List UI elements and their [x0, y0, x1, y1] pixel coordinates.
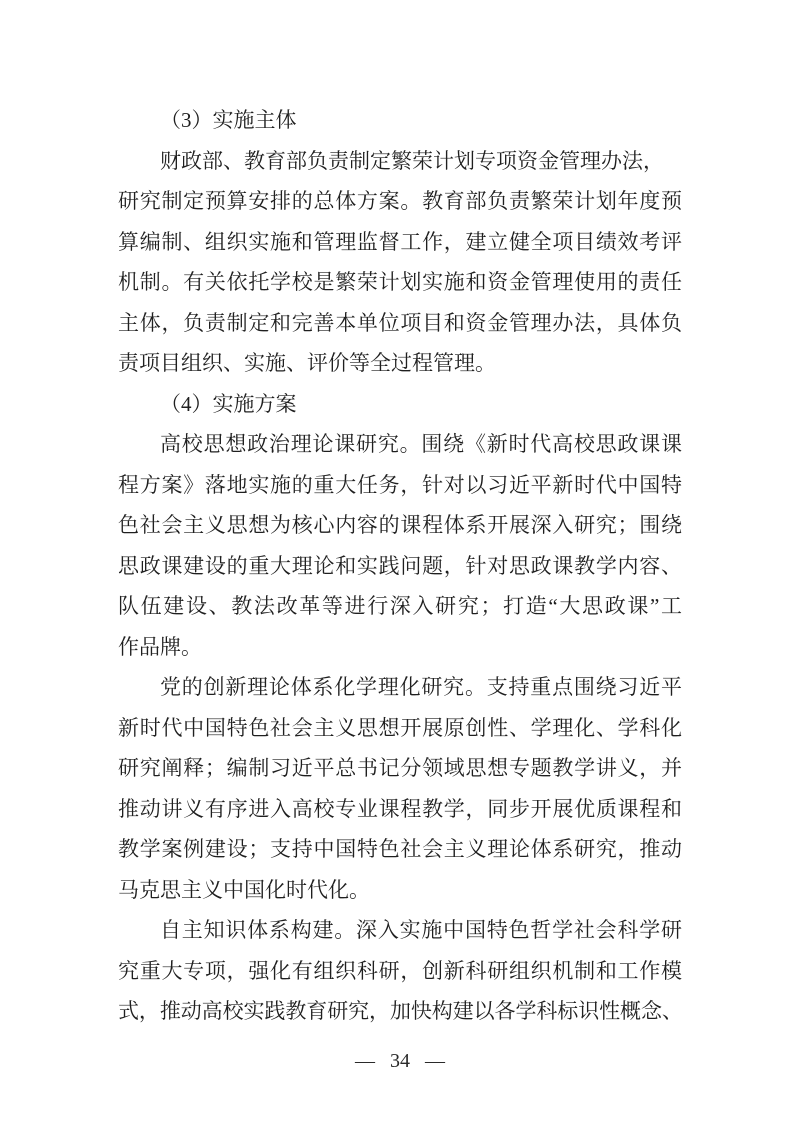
text-line: 式，推动高校实践教育研究，加快构建以各学科标识性概念、 [118, 991, 682, 1032]
text-line: 财政部、教育部负责制定繁荣计划专项资金管理办法， [118, 141, 682, 182]
text-line: 机制。有关依托学校是繁荣计划实施和资金管理使用的责任 [118, 262, 682, 303]
text-line: 思政课建设的重大理论和实践问题，针对思政课教学内容、 [118, 546, 682, 587]
text-line: 队伍建设、教法改革等进行深入研究；打造“大思政课”工 [118, 586, 682, 627]
text-line: 教学案例建设；支持中国特色社会主义理论体系研究，推动 [118, 829, 682, 870]
text-line: 党的创新理论体系化学理化研究。支持重点围绕习近平 [118, 667, 682, 708]
text-line: 研究制定预算安排的总体方案。教育部负责繁荣计划年度预 [118, 181, 682, 222]
section-heading-3: （3）实施主体 [118, 100, 682, 141]
page-number: — 34 — [118, 1048, 682, 1074]
text-line: 算编制、组织实施和管理监督工作，建立健全项目绩效考评 [118, 222, 682, 263]
text-line: 自主知识体系构建。深入实施中国特色哲学社会科学研 [118, 910, 682, 951]
text-line: 研究阐释；编制习近平总书记分领域思想专题教学讲义，并 [118, 748, 682, 789]
text-line: 推动讲义有序进入高校专业课程教学，同步开展优质课程和 [118, 789, 682, 830]
text-line: 究重大专项，强化有组织科研，创新科研组织机制和工作模 [118, 951, 682, 992]
text-line: 新时代中国特色社会主义思想开展原创性、学理化、学科化 [118, 708, 682, 749]
text-line: 马克思主义中国化时代化。 [118, 870, 682, 911]
text-line: 作品牌。 [118, 627, 682, 668]
text-line: 程方案》落地实施的重大任务，针对以习近平新时代中国特 [118, 465, 682, 506]
text-line: 责项目组织、实施、评价等全过程管理。 [118, 343, 682, 384]
text-line: 色社会主义思想为核心内容的课程体系开展深入研究；围绕 [118, 505, 682, 546]
section-heading-4: （4）实施方案 [118, 384, 682, 425]
text-line: 主体，负责制定和完善本单位项目和资金管理办法，具体负 [118, 303, 682, 344]
text-line: 高校思想政治理论课研究。围绕《新时代高校思政课课 [118, 424, 682, 465]
document-page: （3）实施主体 财政部、教育部负责制定繁荣计划专项资金管理办法， 研究制定预算安… [0, 0, 800, 1131]
document-body: （3）实施主体 财政部、教育部负责制定繁荣计划专项资金管理办法， 研究制定预算安… [118, 100, 682, 1032]
